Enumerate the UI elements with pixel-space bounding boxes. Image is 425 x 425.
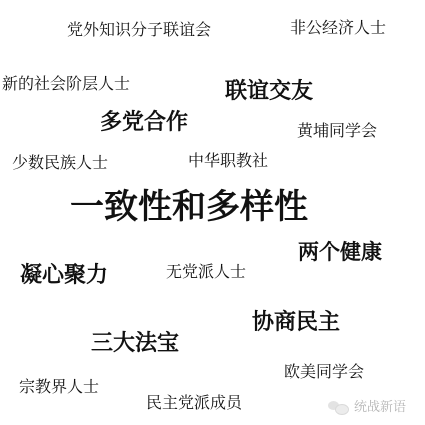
cloud-word: 欧美同学会	[284, 364, 364, 380]
cloud-word: 无党派人士	[166, 264, 246, 280]
cloud-word: 黄埔同学会	[297, 123, 377, 139]
cloud-word: 三大法宝	[91, 333, 179, 355]
cloud-word: 新的社会阶层人士	[2, 76, 130, 92]
cloud-word: 中华职教社	[188, 153, 268, 169]
cloud-word: 两个健康	[298, 242, 382, 263]
cloud-word: 宗教界人士	[19, 379, 99, 395]
cloud-word: 联谊交友	[225, 81, 313, 103]
watermark: 统战新语	[328, 396, 406, 415]
cloud-word: 凝心聚力	[20, 265, 108, 287]
cloud-word: 多党合作	[100, 112, 188, 134]
cloud-word: 一致性和多样性	[70, 190, 308, 224]
cloud-word: 党外知识分子联谊会	[67, 22, 211, 38]
cloud-word: 少数民族人士	[12, 155, 108, 171]
cloud-word: 民主党派成员	[146, 395, 242, 411]
watermark-text: 统战新语	[354, 396, 406, 415]
cloud-word: 非公经济人士	[290, 20, 386, 36]
wechat-icon	[328, 399, 348, 413]
cloud-word: 协商民主	[252, 312, 340, 334]
